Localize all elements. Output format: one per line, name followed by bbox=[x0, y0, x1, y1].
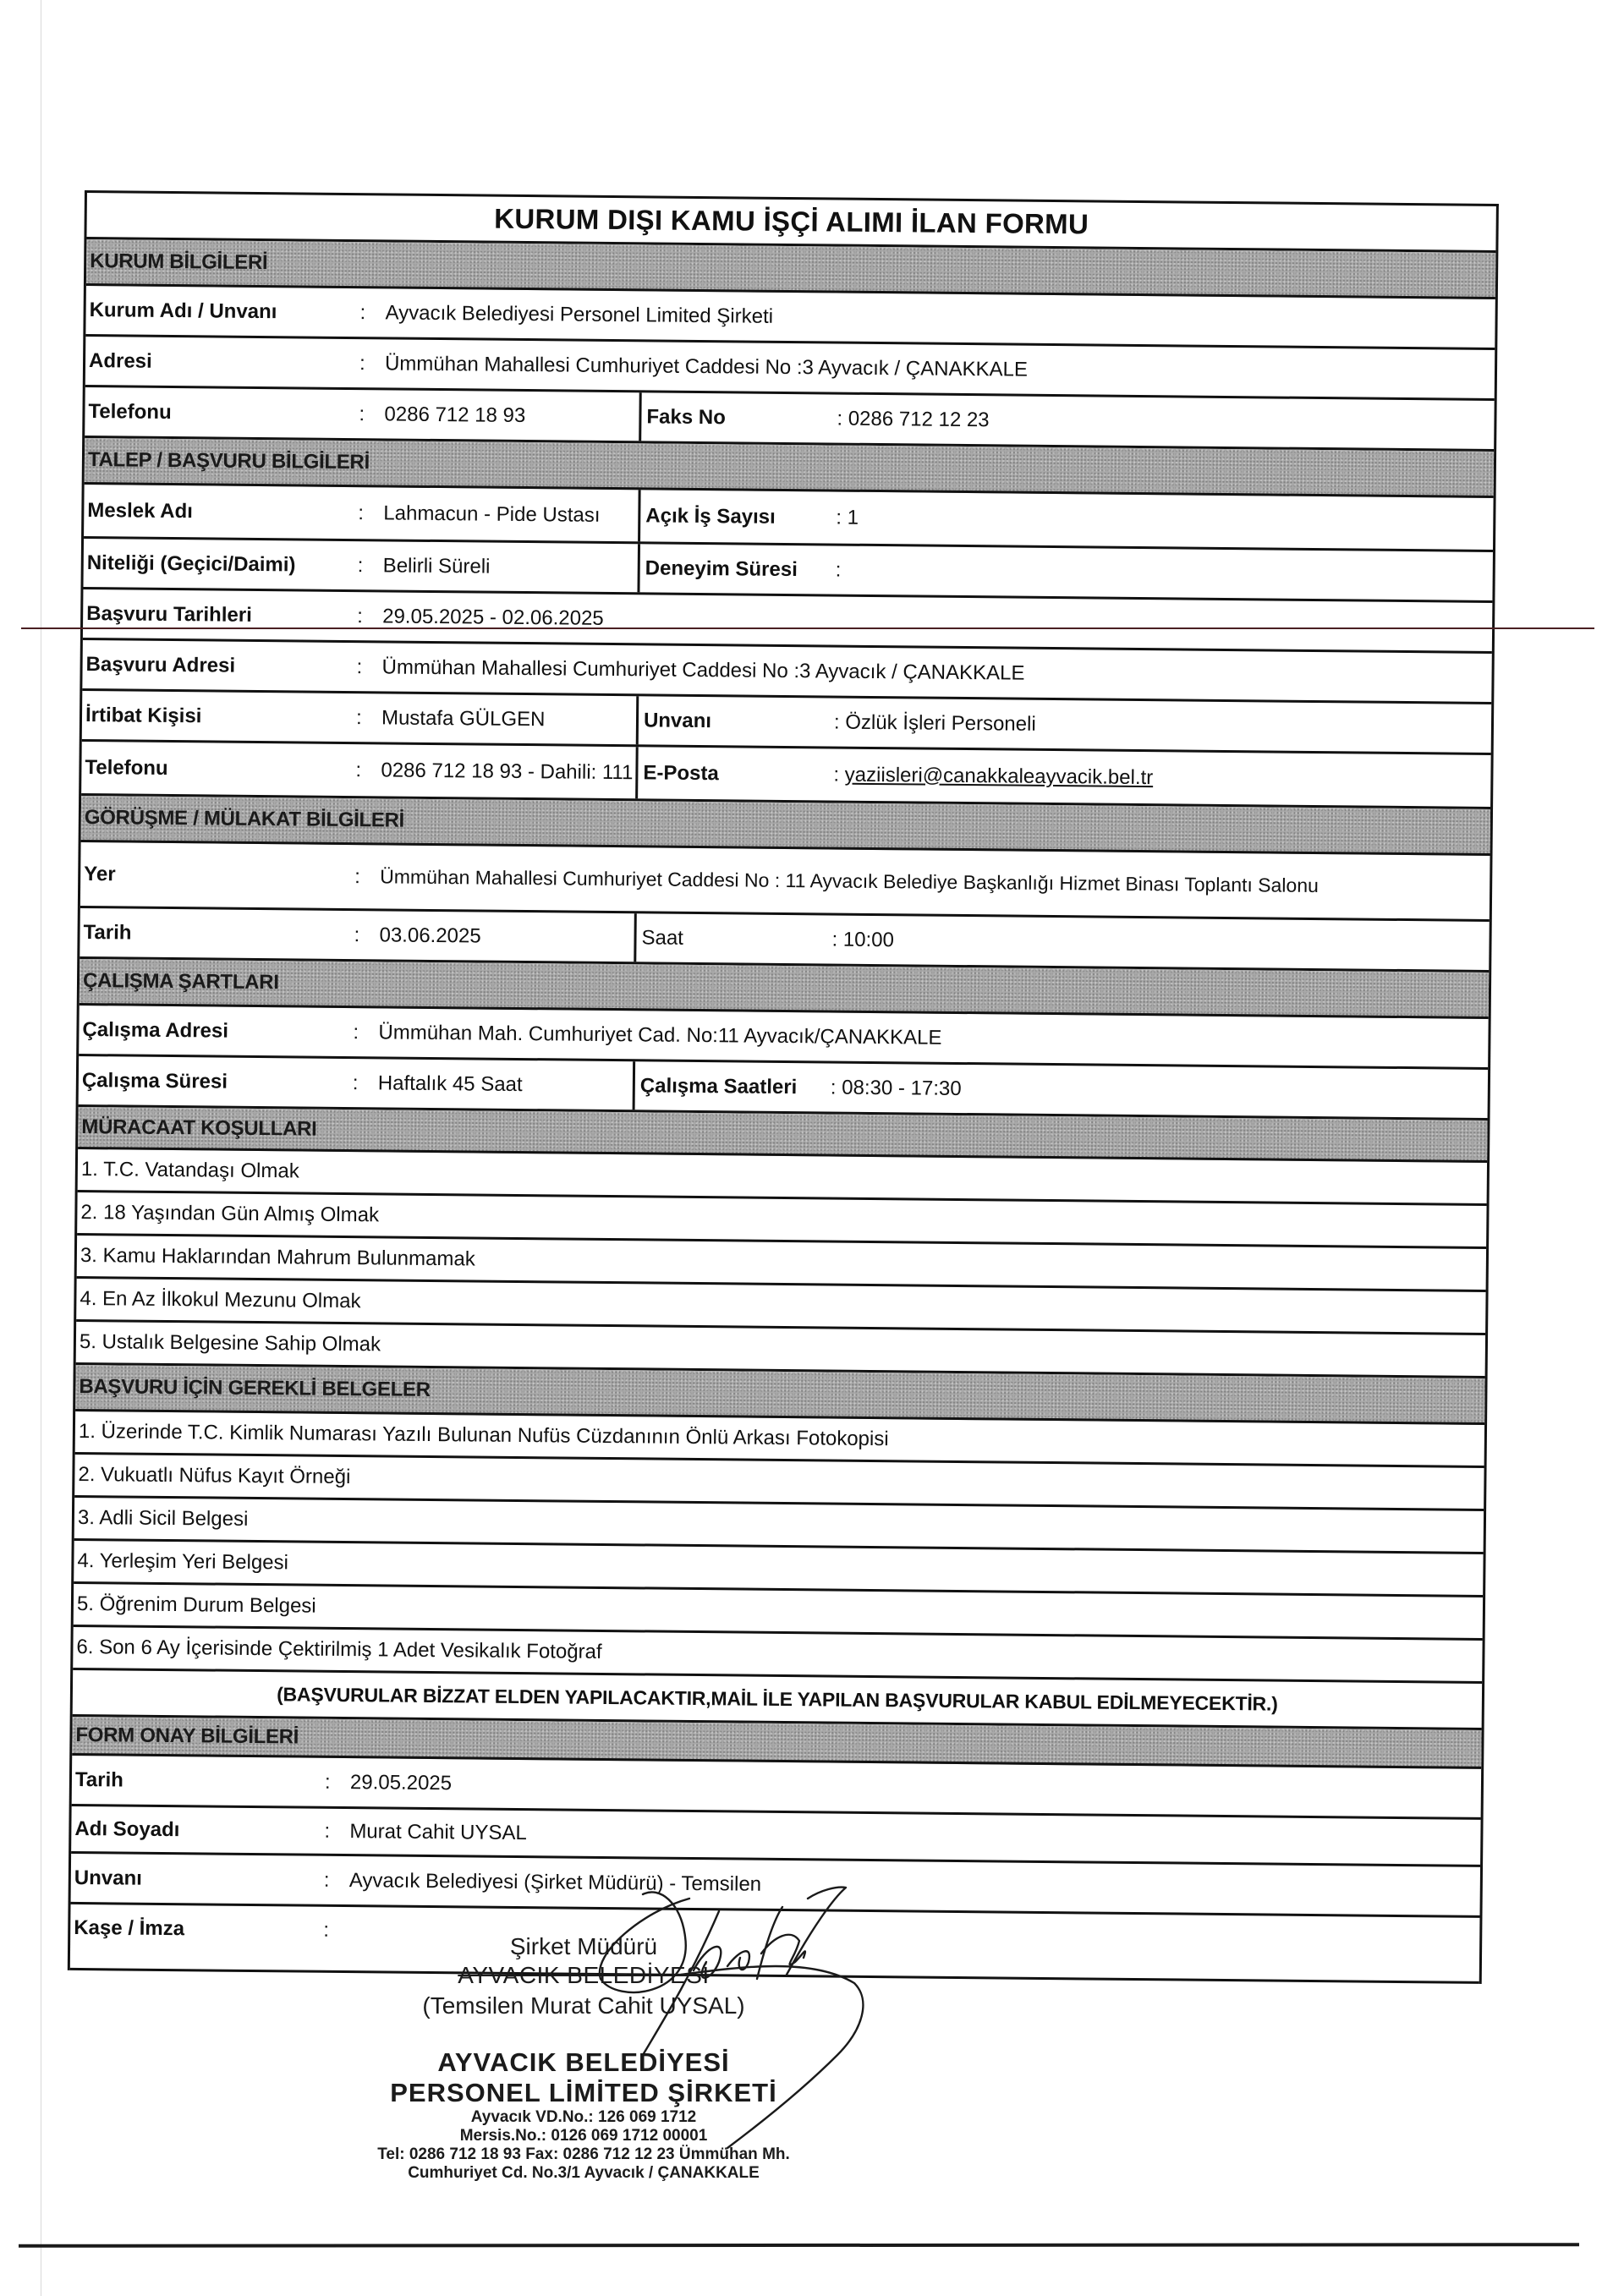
stamp-contact: Tel: 0286 712 18 93 Fax: 0286 712 12 23 … bbox=[279, 2145, 888, 2164]
colon: : bbox=[358, 501, 383, 525]
stamp-title: Şirket Müdürü bbox=[279, 1932, 888, 1961]
cell-unvani: Unvanı : Özlük İşleri Personeli bbox=[636, 696, 1492, 753]
field-value: 0286 712 18 93 - Dahili: 111 bbox=[381, 759, 633, 785]
field-label: Faks No bbox=[641, 405, 837, 430]
field-value: Ümmühan Mahallesi Cumhuriyet Caddesi No … bbox=[380, 865, 1319, 897]
field-value: Haftalık 45 Saat bbox=[378, 1071, 523, 1097]
document-text: 2. Vukuatlı Nüfus Kayıt Örneği bbox=[74, 1463, 350, 1489]
field-label: Telefonu bbox=[85, 400, 359, 426]
stamp-address: Cumhuriyet Cd. No.3/1 Ayvacık / ÇANAKKAL… bbox=[279, 2164, 888, 2183]
form-title: KURUM DIŞI KAMU İŞÇİ ALIMI İLAN FORMU bbox=[494, 203, 1089, 241]
colon: : bbox=[833, 763, 845, 786]
cell-meslek: Meslek Adı : Lahmacun - Pide Ustası bbox=[84, 485, 639, 541]
field-label: Adı Soyadı bbox=[71, 1817, 324, 1843]
field-label: Deneyim Süresi bbox=[640, 556, 836, 582]
field-label: Açık İş Sayısı bbox=[640, 504, 836, 529]
company-stamp: Şirket Müdürü AYVACIK BELEDİYESİ (Temsil… bbox=[279, 1932, 888, 2183]
cell-irtibat: İrtibat Kişisi : Mustafa GÜLGEN bbox=[82, 691, 637, 744]
field-value: Lahmacun - Pide Ustası bbox=[383, 501, 600, 527]
document-text: 6. Son 6 Ay İçerisinde Çektirilmiş 1 Ade… bbox=[73, 1636, 601, 1664]
stamp-company-line2: PERSONEL LİMİTED ŞİRKETİ bbox=[279, 2078, 888, 2108]
field-label: Niteliği (Geçici/Daimi) bbox=[84, 551, 358, 578]
field-label: Saat bbox=[636, 926, 831, 951]
stamp-tax-no: Ayvacık VD.No.: 126 069 1712 bbox=[279, 2108, 888, 2127]
document-text: 1. Üzerinde T.C. Kimlik Numarası Yazılı … bbox=[75, 1420, 889, 1451]
cell-niteligi: Niteliği (Geçici/Daimi) : Belirli Süreli bbox=[83, 539, 638, 592]
field-value: : 1 bbox=[836, 506, 859, 529]
colon: : bbox=[358, 554, 383, 578]
field-value: Ümmühan Mahallesi Cumhuriyet Caddesi No … bbox=[385, 352, 1028, 381]
field-value: 29.05.2025 bbox=[350, 1771, 452, 1795]
colon: : bbox=[353, 1071, 378, 1095]
section-header: ÇALIŞMA ŞARTLARI bbox=[80, 969, 279, 995]
condition-text: 3. Kamu Haklarından Mahrum Bulunmamak bbox=[77, 1244, 475, 1272]
field-value: Ümmühan Mah. Cumhuriyet Cad. No:11 Ayvac… bbox=[378, 1021, 941, 1049]
field-value: : 08:30 - 17:30 bbox=[831, 1076, 962, 1100]
field-label: Kurum Adı / Unvanı bbox=[86, 299, 360, 325]
field-label: Adresi bbox=[85, 349, 359, 375]
cell-saatler: Çalışma Saatleri : 08:30 - 17:30 bbox=[633, 1061, 1489, 1118]
field-label: E-Posta bbox=[638, 761, 833, 786]
field-label: Çalışma Adresi bbox=[79, 1017, 353, 1044]
field-label: Unvanı bbox=[639, 709, 834, 734]
stamp-org: AYVACIK BELEDİYESİ bbox=[279, 1961, 888, 1990]
field-label: Tarih bbox=[80, 920, 354, 946]
cell-deneyim: Deneyim Süresi : bbox=[637, 544, 1493, 600]
field-label: Telefonu bbox=[81, 755, 355, 781]
condition-text: 4. En Az İlkokul Mezunu Olmak bbox=[76, 1287, 360, 1313]
stamp-company-line1: AYVACIK BELEDİYESİ bbox=[279, 2047, 888, 2078]
colon: : bbox=[353, 1021, 378, 1044]
field-label: Çalışma Saatleri bbox=[635, 1074, 831, 1099]
field-value: Ümmühan Mahallesi Cumhuriyet Caddesi No … bbox=[381, 655, 1024, 685]
colon: : bbox=[324, 1868, 349, 1892]
section-header: MÜRACAAT KOŞULLARI bbox=[78, 1115, 316, 1141]
document-text: 3. Adli Sicil Belgesi bbox=[74, 1506, 249, 1532]
colon: : bbox=[359, 352, 385, 375]
application-note: (BAŞVURULAR BİZZAT ELDEN YAPILACAKTIR,MA… bbox=[277, 1683, 1278, 1715]
colon: : bbox=[359, 403, 384, 426]
section-header: BAŞVURU İÇİN GEREKLİ BELGELER bbox=[75, 1375, 431, 1402]
field-label: Meslek Adı bbox=[84, 499, 358, 525]
field-label: İrtibat Kişisi bbox=[82, 704, 356, 730]
condition-text: 5. Ustalık Belgesine Sahip Olmak bbox=[76, 1330, 381, 1356]
cell-saat: Saat : 10:00 bbox=[634, 913, 1490, 970]
cell-telefon: Telefonu : 0286 712 18 93 - Dahili: 111 bbox=[81, 742, 636, 798]
scan-artifact-line bbox=[21, 627, 1594, 629]
stamp-representative: (Temsilen Murat Cahit UYSAL) bbox=[279, 1990, 888, 2022]
page-margin-line bbox=[41, 0, 41, 2296]
section-header: GÖRÜŞME / MÜLAKAT BİLGİLERİ bbox=[81, 806, 404, 833]
field-label: Unvanı bbox=[71, 1866, 324, 1892]
field-value: Belirli Süreli bbox=[383, 554, 491, 578]
field-value: Ayvacık Belediyesi (Şirket Müdürü) - Tem… bbox=[349, 1869, 762, 1897]
cell-sure: Çalışma Süresi : Haftalık 45 Saat bbox=[79, 1056, 634, 1110]
section-header: KURUM BİLGİLERİ bbox=[86, 249, 267, 275]
page-bottom-rule bbox=[19, 2243, 1579, 2248]
cell-eposta: E-Posta : yaziisleri@canakkaleayvacik.be… bbox=[635, 747, 1491, 807]
colon: : bbox=[355, 759, 381, 782]
colon: : bbox=[324, 1819, 349, 1843]
cell-telefon: Telefonu : 0286 712 18 93 bbox=[85, 387, 639, 441]
field-label: Başvuru Adresi bbox=[82, 653, 356, 679]
field-value: : 10:00 bbox=[831, 928, 894, 952]
field-value: Mustafa GÜLGEN bbox=[381, 706, 546, 732]
field-value: 29.05.2025 - 02.06.2025 bbox=[382, 605, 604, 631]
colon: : bbox=[354, 923, 379, 947]
field-label: Yer bbox=[80, 862, 354, 888]
cell-faks: Faks No : 0286 712 12 23 bbox=[639, 392, 1495, 449]
field-label: Çalışma Süresi bbox=[79, 1068, 353, 1094]
field-value: : bbox=[836, 558, 842, 582]
field-value: Murat Cahit UYSAL bbox=[349, 1820, 527, 1845]
document-text: 4. Yerleşim Yeri Belgesi bbox=[74, 1549, 288, 1575]
email-link[interactable]: yaziisleri@canakkaleayvacik.bel.tr bbox=[845, 763, 1154, 789]
section-header: TALEP / BAŞVURU BİLGİLERİ bbox=[85, 448, 370, 474]
section-header: FORM ONAY BİLGİLERİ bbox=[72, 1723, 299, 1749]
document-text: 5. Öğrenim Durum Belgesi bbox=[74, 1592, 316, 1619]
condition-text: 1. T.C. Vatandaşı Olmak bbox=[78, 1158, 299, 1184]
colon: : bbox=[356, 706, 381, 730]
cell-acik-is: Açık İş Sayısı : 1 bbox=[638, 490, 1494, 550]
field-value: Ayvacık Belediyesi Personel Limited Şirk… bbox=[385, 301, 773, 328]
colon: : bbox=[354, 865, 380, 889]
stamp-mersis-no: Mersis.No.: 0126 069 1712 00001 bbox=[279, 2127, 888, 2145]
cell-tarih: Tarih : 03.06.2025 bbox=[80, 908, 634, 962]
field-value: : 0286 712 12 23 bbox=[837, 407, 989, 432]
field-value: 03.06.2025 bbox=[379, 923, 480, 948]
field-label: Başvuru Tarihleri bbox=[83, 602, 357, 628]
condition-text: 2. 18 Yaşından Gün Almış Olmak bbox=[77, 1201, 379, 1227]
colon: : bbox=[357, 605, 382, 628]
field-value: : Özlük İşleri Personeli bbox=[834, 710, 1036, 736]
colon: : bbox=[359, 301, 385, 325]
job-posting-form: KURUM DIŞI KAMU İŞÇİ ALIMI İLAN FORMU KU… bbox=[68, 190, 1499, 1984]
field-label: Tarih bbox=[72, 1767, 325, 1794]
colon: : bbox=[325, 1770, 350, 1794]
field-value: 0286 712 18 93 bbox=[384, 403, 525, 428]
colon: : bbox=[356, 655, 381, 679]
